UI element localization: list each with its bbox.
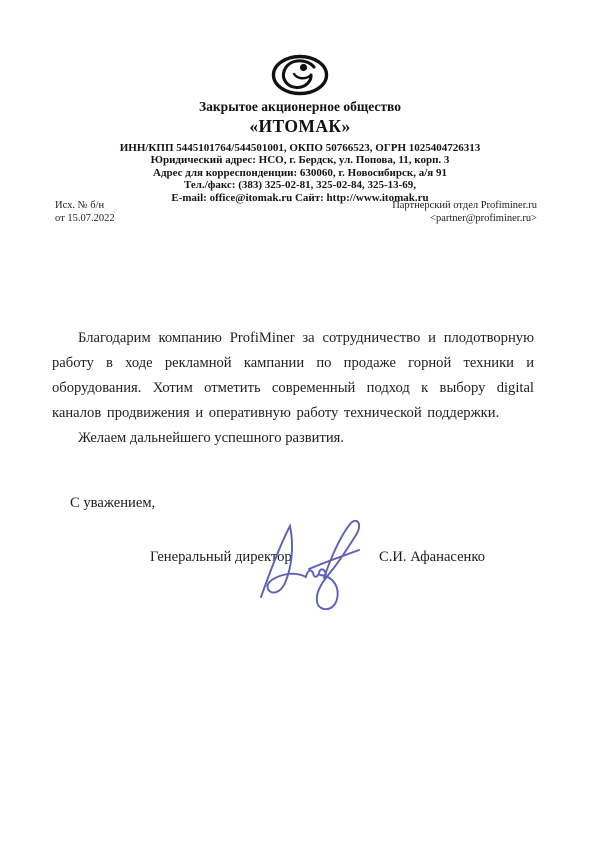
wishes-paragraph: Желаем дальнейшего успешного развития. bbox=[52, 426, 534, 451]
org-details-phone: Тел./факс: (383) 325-02-81, 325-02-84, 3… bbox=[0, 179, 600, 191]
letter-page: Закрытое акционерное общество «ИТОМАК» И… bbox=[0, 0, 600, 846]
org-type: Закрытое акционерное общество bbox=[0, 99, 600, 115]
recipient-email: <partner@profiminer.ru> bbox=[392, 213, 537, 226]
letterhead: Закрытое акционерное общество «ИТОМАК» И… bbox=[0, 54, 600, 204]
outgoing-number: Исх. № б/н bbox=[55, 200, 115, 213]
handwritten-signature-icon bbox=[257, 517, 367, 614]
itomak-logo-icon bbox=[0, 54, 600, 96]
org-name: «ИТОМАК» bbox=[0, 116, 600, 137]
org-details-inn-line: ИНН/КПП 5445101764/544501001, ОКПО 50766… bbox=[0, 142, 600, 154]
reference-block: Исх. № б/н от 15.07.2022 bbox=[55, 200, 115, 225]
org-details: ИНН/КПП 5445101764/544501001, ОКПО 50766… bbox=[0, 142, 600, 204]
letter-date: от 15.07.2022 bbox=[55, 213, 115, 226]
letter-body: Благодарим компанию ProfiMiner за сотруд… bbox=[52, 326, 534, 451]
body-paragraph: Благодарим компанию ProfiMiner за сотруд… bbox=[52, 326, 534, 426]
org-details-postal-address: Адрес для корреспонденции: 630060, г. Но… bbox=[0, 167, 600, 179]
recipient-block: Партнерский отдел Profiminer.ru <partner… bbox=[392, 200, 537, 225]
signer-name: С.И. Афанасенко bbox=[379, 549, 485, 566]
salutation: С уважением, bbox=[70, 495, 155, 512]
org-details-legal-address: Юридический адрес: НСО, г. Бердск, ул. П… bbox=[0, 154, 600, 166]
recipient-department: Партнерский отдел Profiminer.ru bbox=[392, 200, 537, 213]
